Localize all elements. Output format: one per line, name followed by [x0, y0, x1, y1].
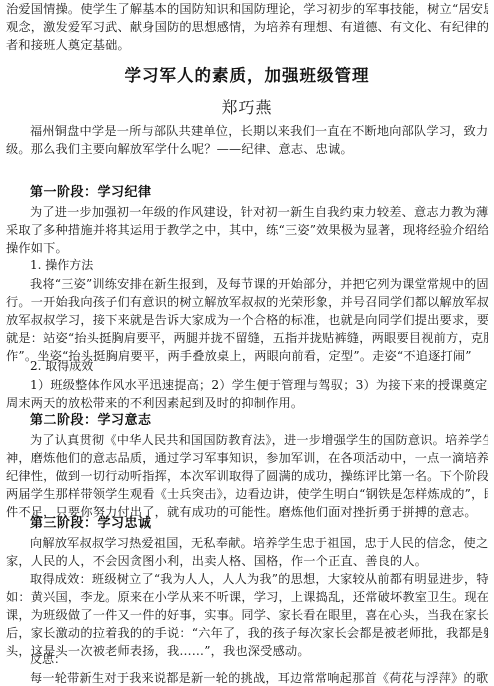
- stage1-heading: 第一阶段：学习纪律: [30, 183, 152, 203]
- stage1-intro-line-3: 操作如下。: [6, 239, 488, 257]
- intro-line-2: 观念，激发爱军习武、献身国防的思想感情，为培养有理想、有道德、有文化、有纪律的社…: [6, 18, 488, 36]
- stage2-line-2: 神，磨炼他们的意志品质，通过学习军事知识，参加军训，在各项活动中，一点一滴培养了…: [6, 449, 488, 467]
- stage3-result-line-3: 课，为班级做了一件又一件的好事，实事。同学、家长看在眼里，喜在心头，当我在家长会…: [6, 606, 488, 624]
- intro-line-1: 治爱国情操。使学生了解基本的国防知识和国防理论，学习初步的军事技能，树立“居安思…: [6, 0, 488, 18]
- opening-line-2: 级。那么我们主要向解放军学什么呢？——纪律、意志、忠诚。: [6, 140, 488, 158]
- stage1-method-line-4: 就是：站姿“抬头挺胸肩要平，两腿并拢不留缝，五指并拢贴裤缝，两眼要目视前方，克服…: [6, 329, 488, 347]
- stage3-line-1: 向解放军叔叔学习热爱祖国，无私奉献。培养学生忠于祖国，忠于人民的信念，使之成为有…: [6, 534, 488, 552]
- stage2-heading: 第二阶段：学习意志: [30, 411, 152, 431]
- stage1-method-line-3: 放军叔叔学习，接下来就是告诉大家成为一个合格的标准，也就是向同学们提出要求，要求…: [6, 311, 488, 329]
- stage3-heading: 第三阶段：学习忠诚: [30, 514, 152, 534]
- article-author: 郑巧燕: [6, 97, 488, 119]
- stage3-result-line-4: 后，家长激动的拉着我的的手说：“六年了，我的孩子每次家长会都是被老师批，我都是躲…: [6, 624, 488, 642]
- intro-line-3: 者和接班人奠定基础。: [6, 36, 488, 54]
- reflection-line-1: 每一轮带新生对于我来说都是新一轮的挑战，耳边常常响起那首《荷花与浮萍》的歌，“同…: [6, 669, 488, 686]
- stage1-intro-line-2: 采取了多种措施并将其运用于教学之中，其中，练“三姿”效果极为显著，现将经验介绍给…: [6, 221, 488, 239]
- opening-line-1: 福州铜盘中学是一所与部队共建单位，长期以来我们一直在不断地向部队学习，致力于更好…: [6, 122, 488, 140]
- stage1-method-line-1: 我将“三姿”训练安排在新生报到，及每节课的开始部分，并把它列为课堂常规中的固定部…: [6, 275, 488, 293]
- stage1-result-line-2: 周末两天的放松带来的不利因素起到及时的抑制作用。: [6, 394, 488, 412]
- stage2-line-1: 为了认真贯彻《中华人民共和国国防教育法》，进一步增强学生的国防意识。培养学生的吃…: [6, 431, 488, 449]
- stage1-intro-line-1: 为了进一步加强初一年级的作风建设，针对初一新生自我约束力较差、意志力教为薄弱的特…: [6, 203, 488, 221]
- stage2-line-4: 两届学生那样带领学生观看《士兵突击》，边看边讲，使学生明白“钢铁是怎样炼成的”，…: [6, 485, 488, 503]
- stage1-method-heading: 1. 操作方法: [30, 256, 93, 274]
- stage1-result-line-1: 1）班级整体作风水平迅速提高；2）学生便于管理与驾驭；3）为接下来的授课奠定基础…: [6, 376, 488, 394]
- stage3-result-line-2: 如：黄兴国，李龙。原来在小学从来不听课，学习，上课捣乱，还常破坏教室卫生。现在主…: [6, 588, 488, 606]
- article-title: 学习军人的素质，加强班级管理: [6, 64, 488, 88]
- stage1-method-line-2: 行。一开始我向孩子们有意识的树立解放军叔叔的光荣形象，并号召同学们都以解放军叔叔…: [6, 293, 488, 311]
- stage3-result-line-5: 头，这是头一次被老师表扬，我……”，我也深受感动。: [6, 642, 488, 660]
- stage2-line-3: 纪律性，做到一切行动听指挥，本次军训取得了圆满的成功，操练评比第一名。下个阶段，…: [6, 467, 488, 485]
- stage3-result-line-1: 取得成效：班级树立了“我为人人，人人为我”的思想，大家较从前都有明显进步，特别是…: [6, 570, 488, 588]
- stage1-result-heading: 2. 取得成效: [30, 357, 93, 375]
- reflection-heading: 反思：: [30, 650, 66, 668]
- stage3-line-2: 家，人民的人，不会因贪图小利，出卖人格、国格，作一个正直、善良的人。: [6, 552, 488, 570]
